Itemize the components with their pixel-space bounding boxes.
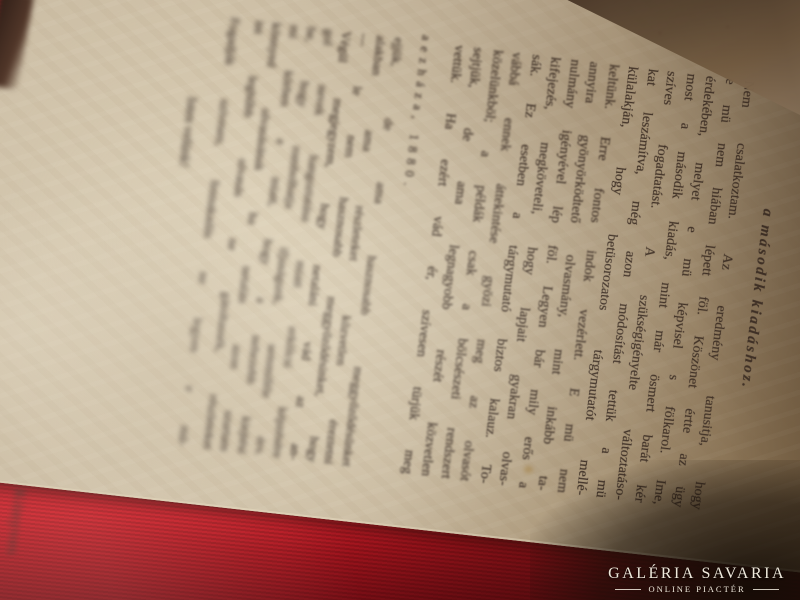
watermark: GALÉRIA SAVARIA ONLINE PIACTÉR	[608, 565, 786, 594]
watermark-subtitle-row: ONLINE PIACTÉR	[608, 584, 786, 594]
paper-stain	[524, 466, 533, 473]
photo-background: a második kiadáshoz. Nem csalatkoztam. A…	[0, 0, 800, 600]
page-text: a második kiadáshoz. Nem csalatkoztam. A…	[140, 12, 792, 514]
watermark-rule-left	[615, 589, 641, 590]
signature-text: Könyves	[2, 488, 30, 557]
watermark-title: GALÉRIA SAVARIA	[608, 565, 786, 583]
watermark-subtitle: ONLINE PIACTÉR	[648, 584, 745, 594]
watermark-rule-right	[753, 589, 779, 590]
body-paragraph-upper: Nem csalatkoztam. Az eredmény tanusitja,…	[396, 44, 758, 511]
